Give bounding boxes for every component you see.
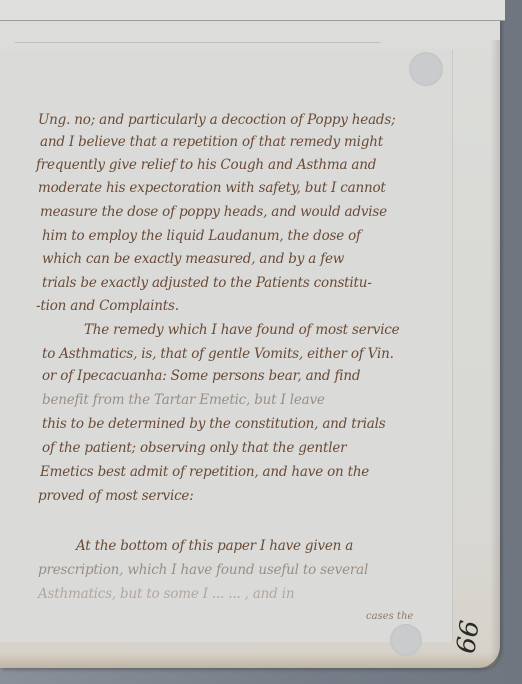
text-line: The remedy which I have found of most se… — [84, 322, 399, 338]
folio-number: 66 — [451, 619, 485, 656]
manuscript-page: Ung. no; and particularly a decoction of… — [0, 0, 500, 668]
text-line: him to employ the liquid Laudanum, the d… — [42, 228, 361, 244]
binding-hole-top — [409, 52, 443, 86]
text-line: frequently give relief to his Cough and … — [36, 157, 376, 173]
worn-bottom-edge — [0, 652, 500, 668]
text-line: prescription, which I have found useful … — [38, 562, 368, 578]
text-line: proved of most service: — [38, 488, 194, 504]
text-line: -tion and Complaints. — [36, 298, 179, 314]
text-line: or of Ipecacuanha: Some persons bear, an… — [42, 368, 360, 384]
edge-stain — [490, 40, 500, 660]
text-line: Emetics best admit of repetition, and ha… — [40, 464, 369, 480]
text-line: moderate his expectoration with safety, … — [38, 180, 386, 196]
catchword: cases the — [366, 611, 413, 622]
text-line: benefit from the Tartar Emetic, but I le… — [42, 392, 325, 408]
text-line: Asthmatics, but to some I ... ... , and … — [38, 586, 294, 602]
text-line: trials be exactly adjusted to the Patien… — [42, 275, 372, 291]
text-line: this to be determined by the constitutio… — [42, 416, 386, 432]
text-line: Ung. no; and particularly a decoction of… — [38, 112, 395, 128]
text-line: to Asthmatics, is, that of gentle Vomits… — [42, 346, 394, 362]
paper-crease — [15, 42, 380, 43]
text-line: measure the dose of poppy heads, and wou… — [40, 204, 387, 220]
page-top-edge — [0, 0, 505, 21]
text-line: At the bottom of this paper I have given… — [76, 538, 353, 554]
binding-hole-bottom — [390, 624, 422, 656]
text-line: of the patient; observing only that the … — [42, 440, 346, 456]
text-line: which can be exactly measured, and by a … — [42, 251, 344, 267]
text-line: and I believe that a repetition of that … — [40, 134, 383, 150]
